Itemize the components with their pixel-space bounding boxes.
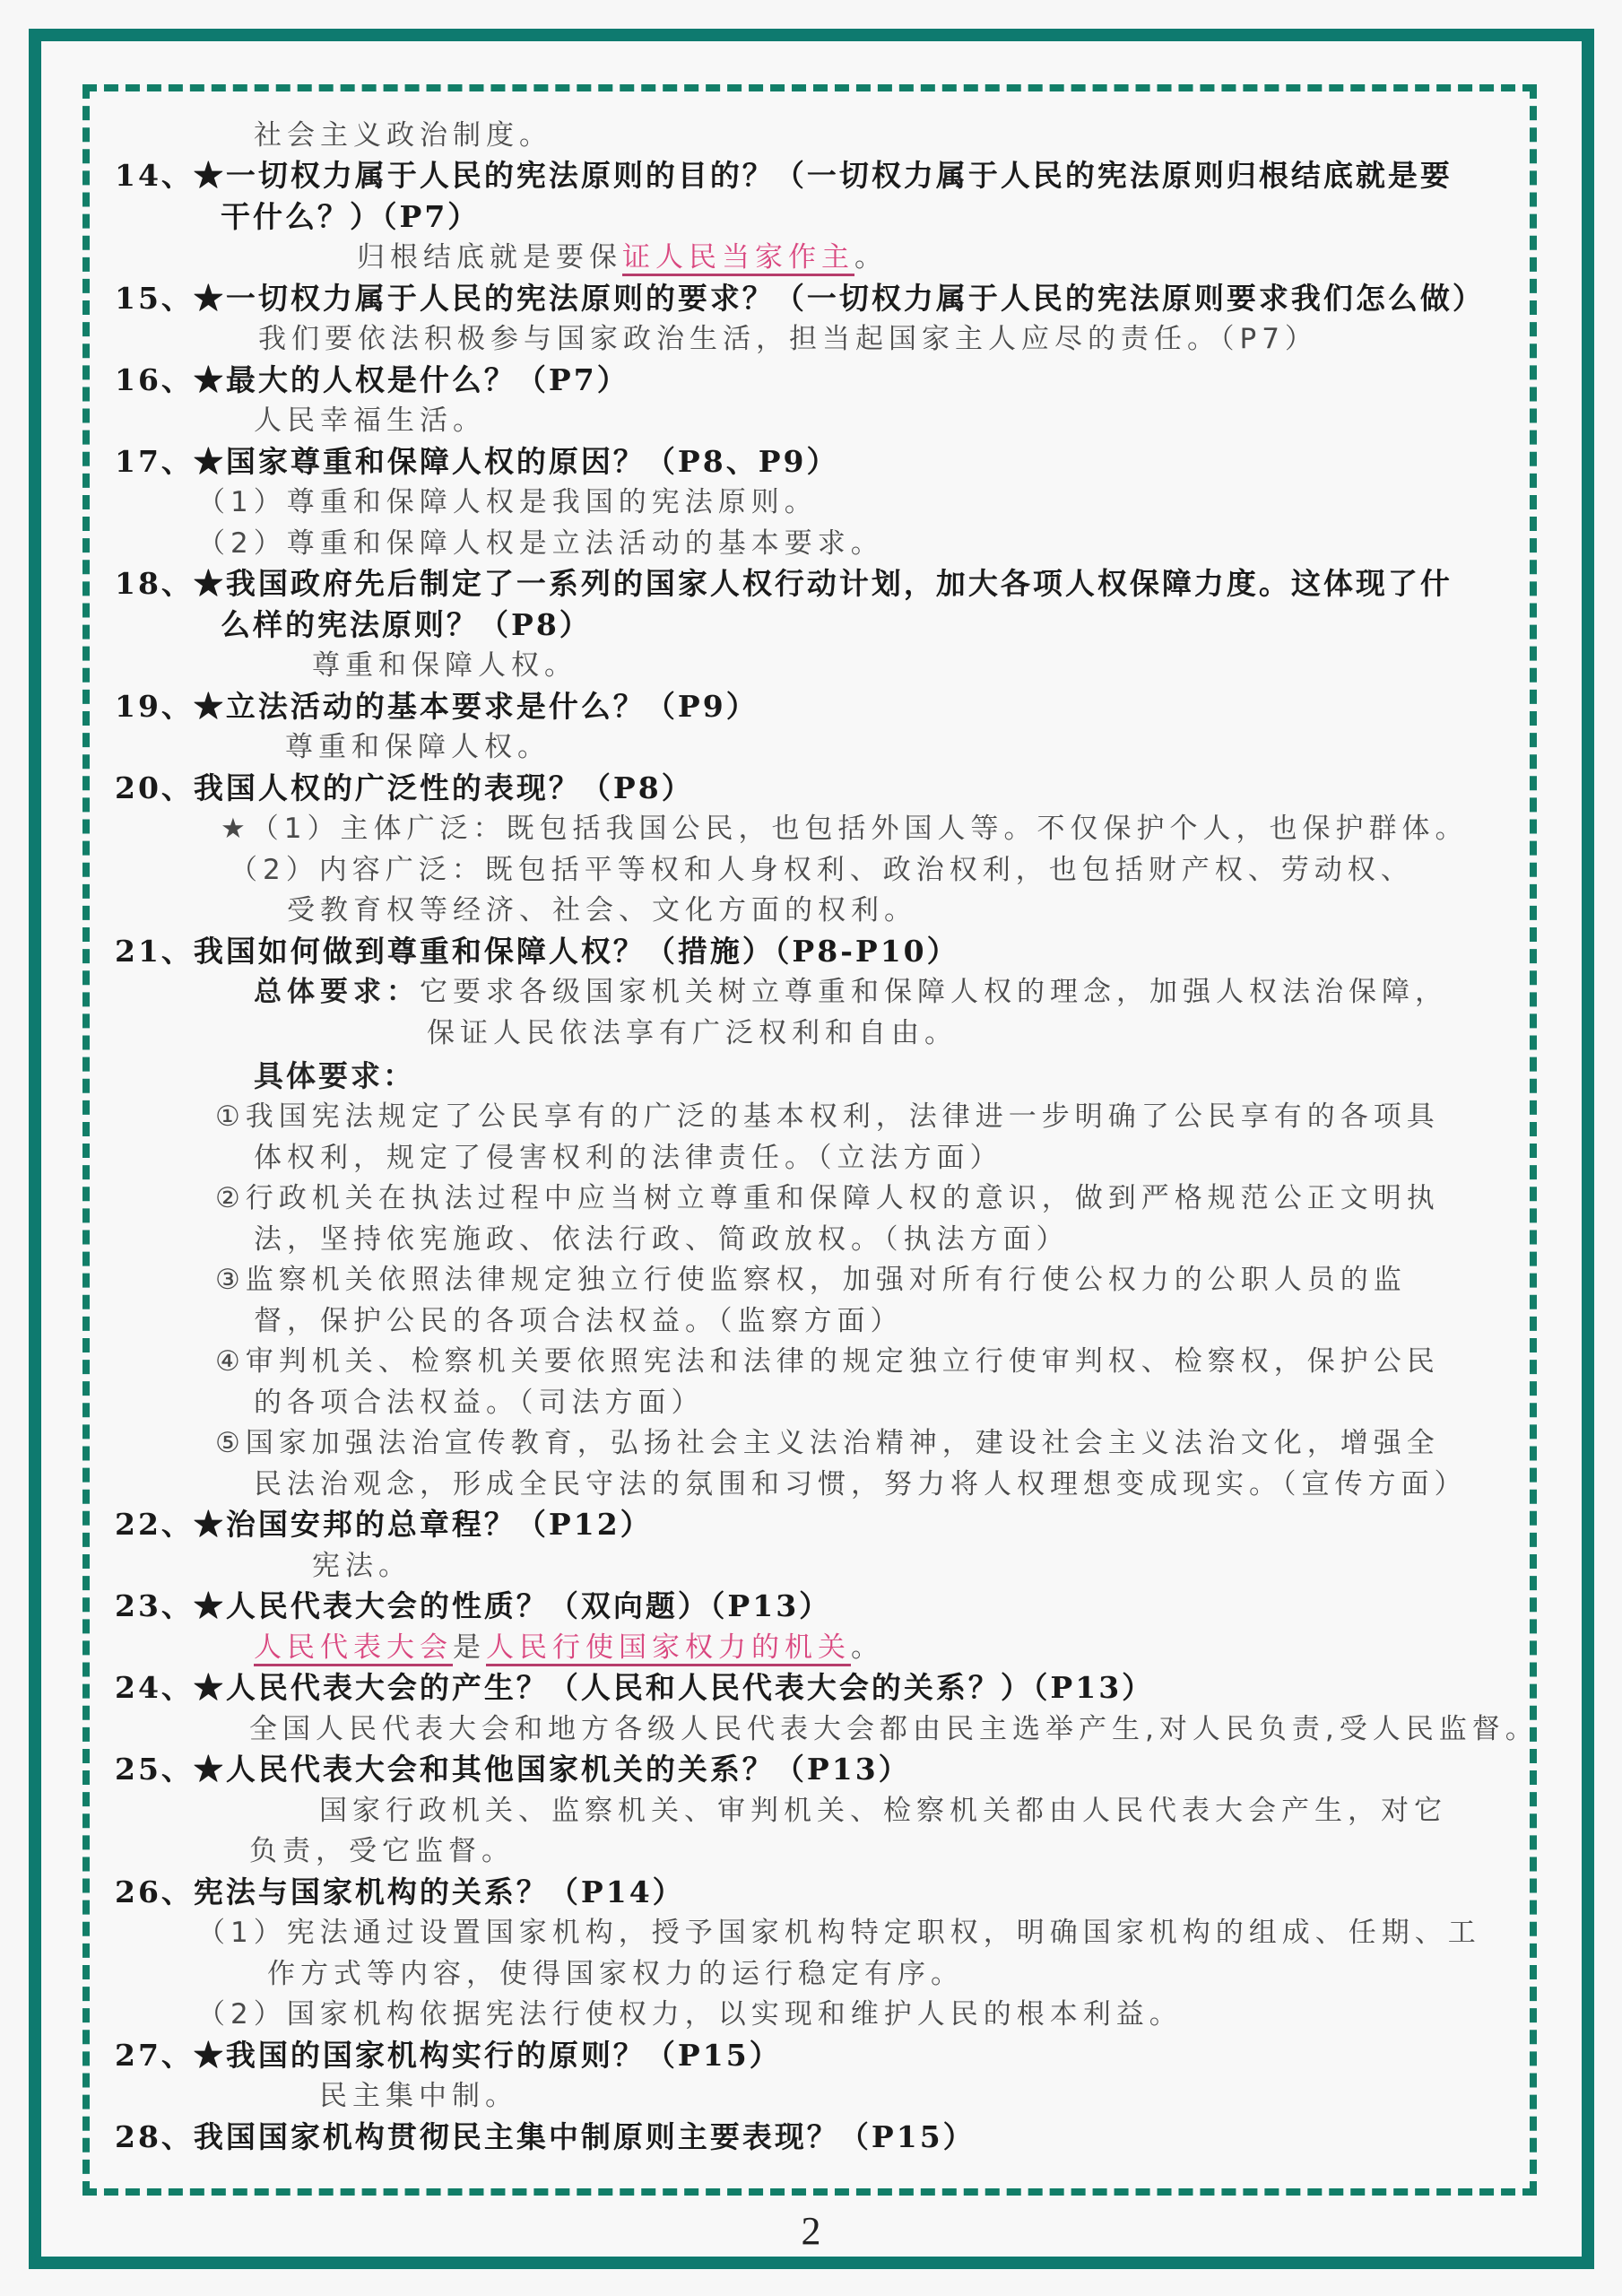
question-line: 17、★国家尊重和保障人权的原因？（P8、P9） xyxy=(115,441,838,483)
answer-line: 尊重和保障人权。 xyxy=(285,726,551,768)
answer-line: ★（1）主体广泛：既包括我国公民，也包括外国人等。不仅保护个人，也保护群体。 xyxy=(221,808,1469,849)
question-line: 27、★我国的国家机构实行的原则？（P15） xyxy=(115,2035,782,2076)
answer-line: ③监察机关依照法律规定独立行使监察权，加强对所有行使公权力的公职人员的监 xyxy=(215,1259,1407,1300)
answer-line: 全国人民代表大会和地方各级人民代表大会都由民主选举产生,对人民负责,受人民监督。 xyxy=(249,1709,1539,1750)
question-line: 18、★我国政府先后制定了一系列的国家人权行动计划，加大各项人权保障力度。这体现… xyxy=(115,563,1453,604)
answer-line: 法，坚持依宪施政、依法行政、简政放权。（执法方面） xyxy=(254,1219,1070,1260)
answer-line: ②行政机关在执法过程中应当树立尊重和保障人权的意识，做到严格规范公正文明执 xyxy=(215,1178,1440,1219)
answer-line: 我们要依法积极参与国家政治生活，担当起国家主人应尽的责任。（P7） xyxy=(258,318,1318,360)
answer-line: 受教育权等经济、社会、文化方面的权利。 xyxy=(287,890,917,931)
answer-line: （1）尊重和保障人权是我国的宪法原则。 xyxy=(197,482,818,523)
answer-line: 社会主义政治制度。 xyxy=(254,115,552,156)
answer-line: 人民代表大会是人民行使国家权力的机关。 xyxy=(254,1627,884,1668)
answer-line: 国家行政机关、监察机关、审判机关、检察机关都由人民代表大会产生，对它 xyxy=(319,1790,1447,1831)
requirement-text: 它要求各级国家机关树立尊重和保障人权的理念，加强人权法治保障， xyxy=(420,976,1448,1008)
answer-line: （1）宪法通过设置国家机构，授予国家机构特定职权，明确国家机构的组成、任期、工 xyxy=(197,1912,1481,1953)
answer-line: 的各项合法权益。（司法方面） xyxy=(254,1382,705,1423)
answer-line: ④审判机关、检察机关要依照宪法和法律的规定独立行使审判权、检察权，保护公民 xyxy=(215,1341,1440,1382)
answer-line: 督，保护公民的各项合法权益。（监察方面） xyxy=(254,1300,904,1342)
line-text: 。 xyxy=(851,1631,884,1664)
question-line: 24、★人民代表大会的产生？（人民和人民代表大会的关系？）（P13） xyxy=(115,1667,1154,1709)
question-line: 25、★人民代表大会和其他国家机关的关系？（P13） xyxy=(115,1749,911,1790)
requirement-label: 总体要求： xyxy=(254,976,420,1008)
subheading-line: 具体要求： xyxy=(254,1056,415,1097)
answer-line: 总体要求：它要求各级国家机关树立尊重和保障人权的理念，加强人权法治保障， xyxy=(254,971,1448,1013)
answer-line: 人民幸福生活。 xyxy=(254,400,486,441)
answer-line: 作方式等内容，使得国家权力的运行稳定有序。 xyxy=(267,1953,964,1995)
question-line: 16、★最大的人权是什么？（P7） xyxy=(115,360,629,401)
question-line: 干什么？）（P7） xyxy=(221,196,480,238)
question-line: 20、我国人权的广泛性的表现？（P8） xyxy=(115,768,694,809)
highlighted-term: 证人民当家作主 xyxy=(622,241,854,276)
question-line: 15、★一切权力属于人民的宪法原则的要求？（一切权力属于人民的宪法原则要求我们怎… xyxy=(115,278,1485,319)
answer-line: 体权利，规定了侵害权利的法律责任。（立法方面） xyxy=(254,1137,1003,1178)
question-line: 14、★一切权力属于人民的宪法原则的目的？（一切权力属于人民的宪法原则归根结底就… xyxy=(115,155,1453,196)
line-text: 是 xyxy=(453,1631,486,1664)
highlighted-term: 人民行使国家权力的机关 xyxy=(486,1631,851,1666)
answer-line: 归根结底就是要保证人民当家作主。 xyxy=(357,237,888,278)
answer-line: 保证人民依法享有广泛权利和自由。 xyxy=(427,1013,958,1054)
answer-line: 民主集中制。 xyxy=(319,2075,518,2117)
line-text: 归根结底就是要保 xyxy=(357,241,622,274)
answer-line: 负责，受它监督。 xyxy=(249,1831,515,1872)
answer-line: 宪法。 xyxy=(312,1545,412,1587)
question-line: 21、我国如何做到尊重和保障人权？（措施）（P8-P10） xyxy=(115,931,959,972)
question-line: 么样的宪法原则？（P8） xyxy=(221,604,592,646)
answer-line: （2）内容广泛：既包括平等权和人身权利、政治权利，也包括财产权、劳动权、 xyxy=(230,849,1414,891)
page-number: 2 xyxy=(0,2208,1622,2254)
question-line: 26、宪法与国家机构的关系？（P14） xyxy=(115,1872,685,1913)
answer-line: （2）尊重和保障人权是立法活动的基本要求。 xyxy=(197,523,884,564)
question-line: 23、★人民代表大会的性质？（双向题）（P13） xyxy=(115,1586,831,1627)
answer-line: ⑤国家加强法治宣传教育，弘扬社会主义法治精神，建设社会主义法治文化，增强全 xyxy=(215,1422,1440,1464)
question-line: 22、★治国安邦的总章程？（P12） xyxy=(115,1504,653,1545)
answer-line: （2）国家机构依据宪法行使权力，以实现和维护人民的根本利益。 xyxy=(197,1994,1183,2035)
line-text: 。 xyxy=(854,241,888,274)
answer-line: ①我国宪法规定了公民享有的广泛的基本权利，法律进一步明确了公民享有的各项具 xyxy=(215,1096,1440,1137)
question-line: 19、★立法活动的基本要求是什么？（P9） xyxy=(115,686,759,727)
question-line: 28、我国国家机构贯彻民主集中制原则主要表现？（P15） xyxy=(115,2117,976,2158)
answer-line: 尊重和保障人权。 xyxy=(312,645,577,686)
answer-line: 民法治观念，形成全民守法的氛围和习惯，努力将人权理想变成现实。（宣传方面） xyxy=(254,1464,1468,1505)
highlighted-term: 人民代表大会 xyxy=(254,1631,453,1666)
